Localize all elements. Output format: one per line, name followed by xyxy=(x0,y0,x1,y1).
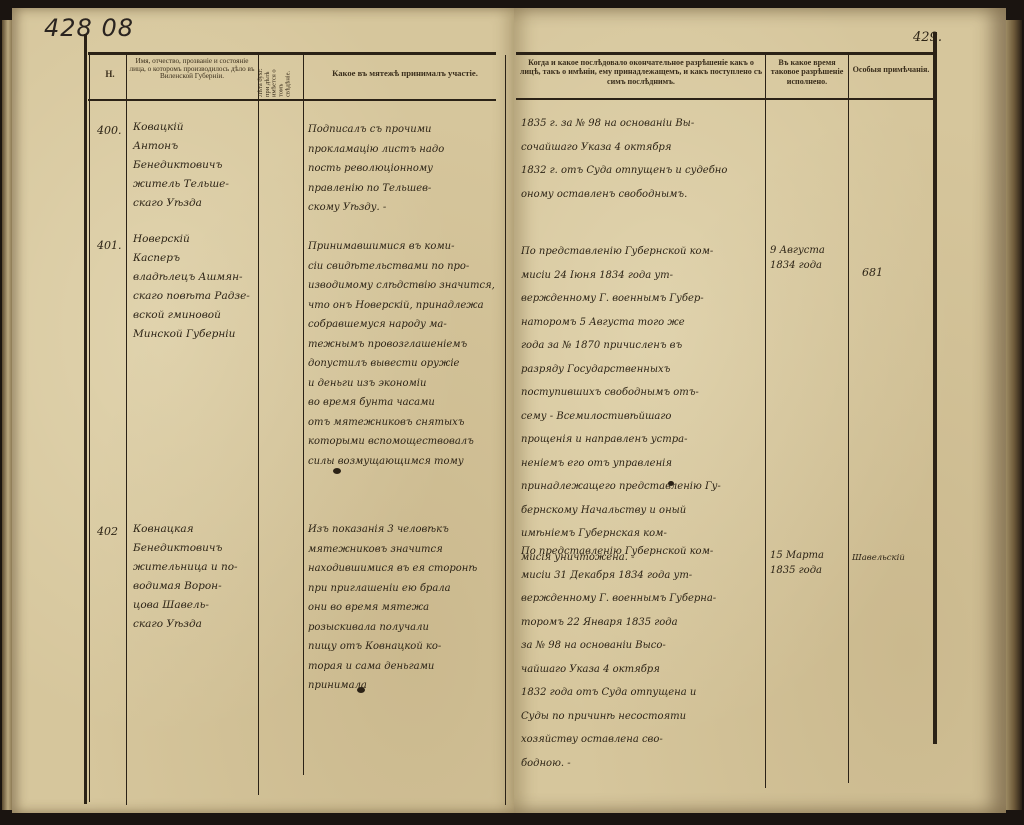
header-participation: Какое въ мятежѣ принималъ участіе. xyxy=(305,69,505,78)
header-number: Н. xyxy=(95,70,125,79)
col-divider-name-presence xyxy=(258,55,259,795)
row-resolution: По представленію Губернской ком- мисіи 3… xyxy=(521,540,763,775)
right-header-bottom-rule xyxy=(516,98,936,100)
book-edge-right xyxy=(1006,20,1022,810)
row-name: Новерскій Касперъ владѣлецъ Ашмян- скаго… xyxy=(133,230,255,344)
header-executed: Въ какое время таковое разрѣшеніе исполн… xyxy=(766,58,848,86)
col-divider-presence-participation xyxy=(303,55,304,775)
left-inner-rule xyxy=(505,55,506,805)
row-name: Ковнацкая Бенедиктовичъ жительница и по-… xyxy=(133,520,255,634)
book-edge-left xyxy=(2,20,12,810)
row-executed: 15 Марта 1835 года xyxy=(770,548,846,578)
row-name: Ковацкій Антонъ Бенедиктовичъ житель Тел… xyxy=(133,118,255,213)
right-top-rule xyxy=(516,52,936,55)
row-number: 400. xyxy=(97,120,122,142)
header-name: Имя, отчество, прозваніе и состояніе лиц… xyxy=(128,58,256,81)
left-outer-double-rule-2 xyxy=(89,52,90,802)
page-number: 429. xyxy=(913,30,942,45)
right-outer-rule xyxy=(933,32,937,744)
row-notes: 681 xyxy=(862,262,883,284)
col-divider-resolution-executed xyxy=(765,55,766,788)
ink-blot xyxy=(333,468,341,474)
col-divider-number-name xyxy=(126,55,127,805)
col-divider-executed-notes xyxy=(848,55,849,783)
left-top-rule xyxy=(88,52,496,55)
row-participation: Принимавшимися въ коми- сіи свидѣтельств… xyxy=(308,237,503,471)
left-outer-double-rule xyxy=(84,34,87,804)
row-number: 402 xyxy=(97,521,118,543)
ink-blot xyxy=(357,687,365,693)
row-resolution: По представленію Губернской ком- мисіи 2… xyxy=(521,240,763,569)
row-notes: Шавельскій xyxy=(852,548,905,570)
archive-number: 428 08 xyxy=(44,14,134,42)
header-presence: Лѣта бухг. при дѣлѣ имѣется о томъ свѣдѣ… xyxy=(258,57,303,97)
row-resolution: 1835 г. за № 98 на основаніи Вы- сочайша… xyxy=(521,112,763,206)
row-participation: Изъ показанія 3 человѣкъ мятежниковъ зна… xyxy=(308,520,503,696)
left-header-bottom-rule xyxy=(88,99,496,101)
row-participation: Подписалъ съ прочими прокламацію листъ н… xyxy=(308,120,503,218)
row-number: 401. xyxy=(97,235,122,257)
header-notes: Особыя примѣчанія. xyxy=(850,65,932,74)
header-resolution: Когда и какое послѣдовало окончательное … xyxy=(517,58,765,86)
ink-blot xyxy=(668,481,674,486)
row-executed: 9 Августа 1834 года xyxy=(770,243,846,273)
